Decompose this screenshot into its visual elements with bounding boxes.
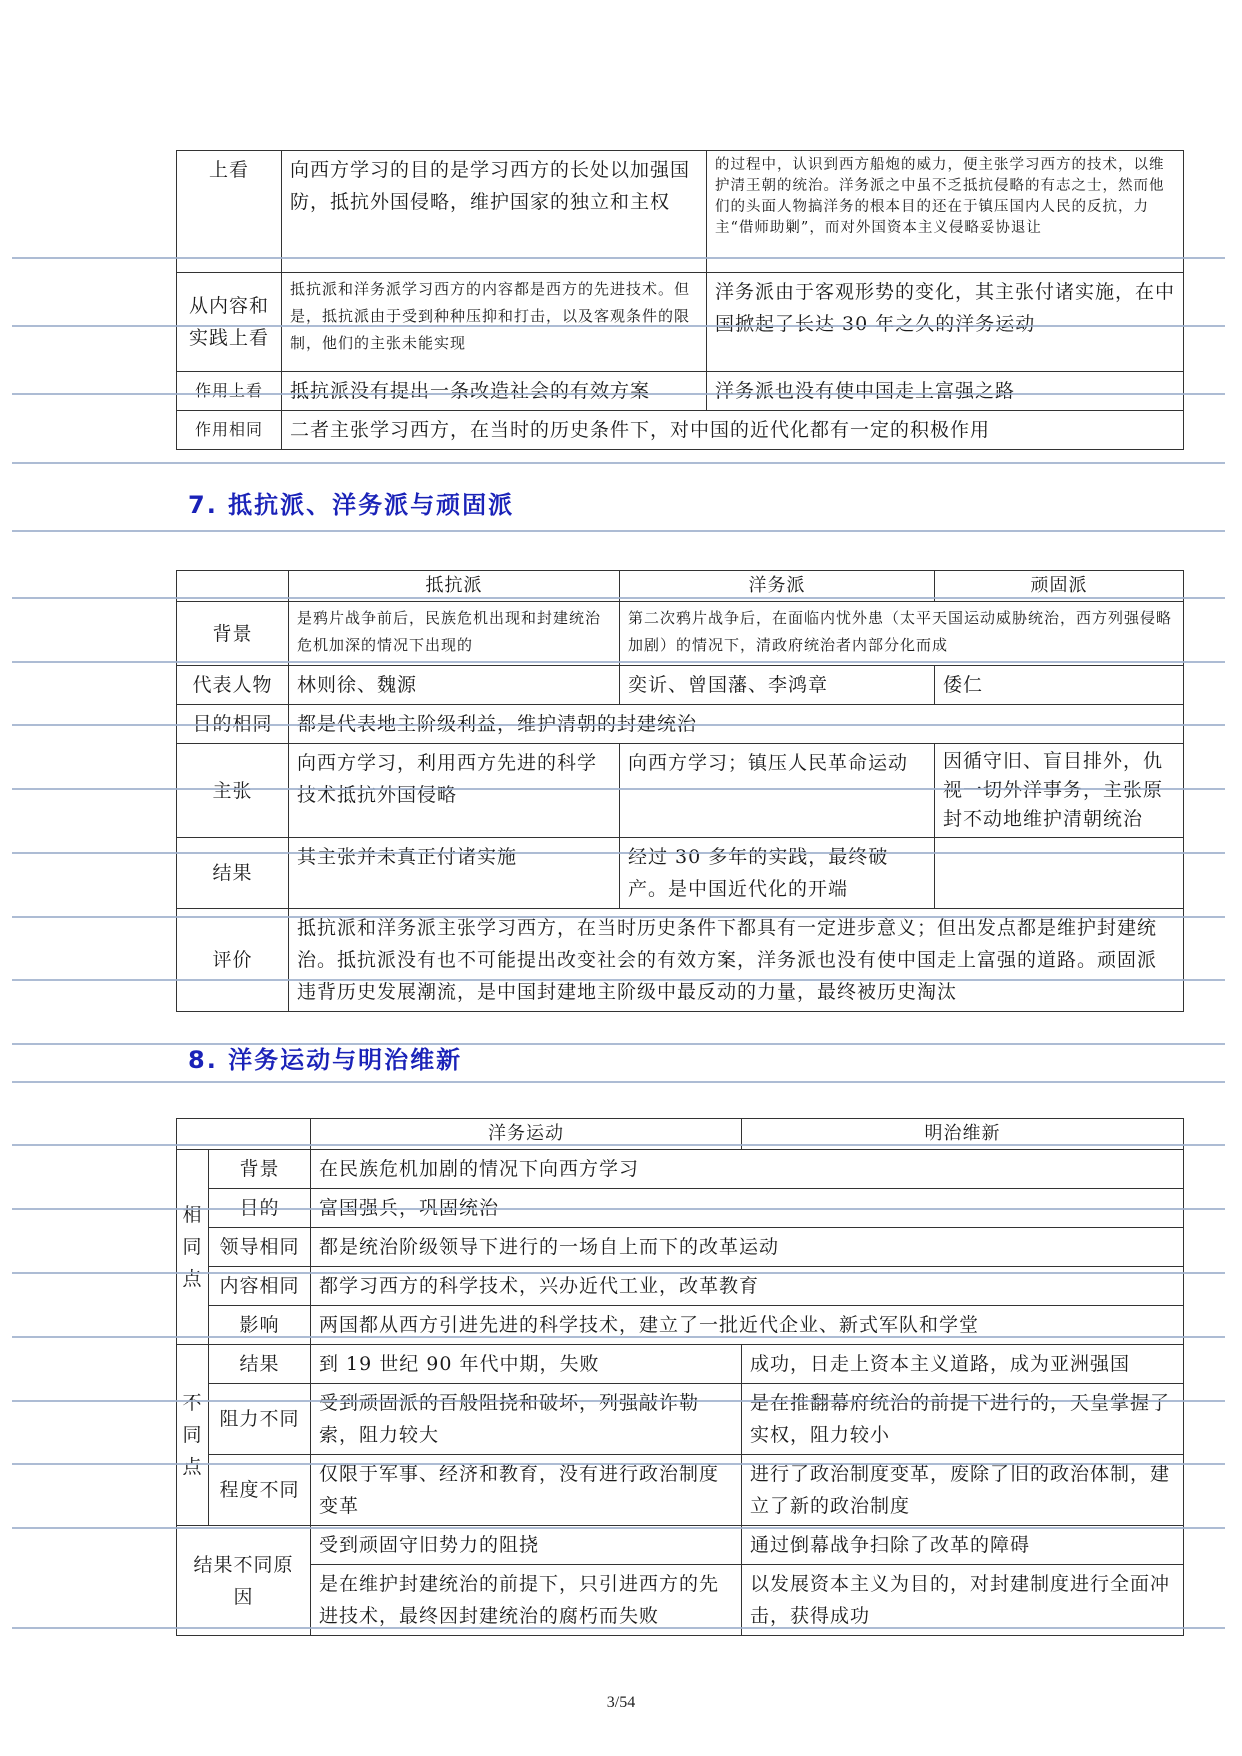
row-label: 结果 xyxy=(177,838,289,909)
table-cell: 向西方学习；镇压人民革命运动 xyxy=(620,744,935,838)
header-cell: 洋务运动 xyxy=(311,1119,742,1150)
row-label: 目的相同 xyxy=(177,705,289,744)
row-label: 结果 xyxy=(209,1345,311,1384)
table-row: 结果 其主张并未真正付诸实施 经过 30 多年的实践，最终破产。是中国近代化的开… xyxy=(177,838,1184,909)
table-row: 结果不同原因 受到顽固守旧势力的阻挠 通过倒幕战争扫除了改革的障碍 xyxy=(177,1526,1184,1565)
table-cell: 洋务派也没有使中国走上富强之路 xyxy=(707,372,1184,411)
section-heading-8: 8. 洋务运动与明治维新 xyxy=(188,1040,462,1075)
table-cell: 抵抗派和洋务派主张学习西方，在当时历史条件下都具有一定进步意义；但出发点都是维护… xyxy=(289,909,1184,1012)
header-cell: 洋务派 xyxy=(620,571,935,602)
table-cell: 的过程中，认识到西方船炮的威力，便主张学习西方的技术，以维护清王朝的统治。洋务派… xyxy=(707,151,1184,273)
table-cell: 奕䜣、曾国藩、李鸿章 xyxy=(620,666,935,705)
table-cell: 经过 30 多年的实践，最终破产。是中国近代化的开端 xyxy=(620,838,935,909)
section-heading-7: 7. 抵抗派、洋务派与顽固派 xyxy=(188,485,514,520)
table-row: 影响 两国都从西方引进先进的科学技术，建立了一批近代企业、新式军队和学堂 xyxy=(177,1306,1184,1345)
table-row: 是在维护封建统治的前提下，只引进西方的先进技术，最终因封建统治的腐朽而失败 以发… xyxy=(177,1565,1184,1636)
table-row: 主张 向西方学习，利用西方先进的科学技术抵抗外国侵略 向西方学习；镇压人民革命运… xyxy=(177,744,1184,838)
table-cell: 抵抗派和洋务派学习西方的内容都是西方的先进技术。但是，抵抗派由于受到种种压抑和打… xyxy=(282,273,707,372)
header-cell: 顽固派 xyxy=(935,571,1184,602)
section7-table: 抵抗派 洋务派 顽固派 背景 是鸦片战争前后，民族危机出现和封建统治危机加深的情… xyxy=(176,570,1184,1012)
table-cell: 抵抗派没有提出一条改造社会的有效方案 xyxy=(282,372,707,411)
header-cell xyxy=(177,571,289,602)
table-cell: 林则徐、魏源 xyxy=(289,666,620,705)
table-cell: 洋务派由于客观形势的变化，其主张付诸实施，在中国掀起了长达 30 年之久的洋务运… xyxy=(707,273,1184,372)
table-row: 上看 向西方学习的目的是学习西方的长处以加强国防，抵抗外国侵略，维护国家的独立和… xyxy=(177,151,1184,273)
row-label: 主张 xyxy=(177,744,289,838)
table-row: 不 同 点 结果 到 19 世纪 90 年代中期，失败 成功，日走上资本主义道路… xyxy=(177,1345,1184,1384)
table-row: 作用上看 抵抗派没有提出一条改造社会的有效方案 洋务派也没有使中国走上富强之路 xyxy=(177,372,1184,411)
table-cell: 是鸦片战争前后，民族危机出现和封建统治危机加深的情况下出现的 xyxy=(289,602,620,666)
table-cell: 第二次鸦片战争后，在面临内忧外患（太平天国运动威胁统治，西方列强侵略加剧）的情况… xyxy=(620,602,1184,666)
row-label: 目的 xyxy=(209,1189,311,1228)
ruled-line xyxy=(12,1081,1225,1083)
row-label: 上看 xyxy=(177,151,282,273)
table-cell: 在民族危机加剧的情况下向西方学习 xyxy=(311,1150,1184,1189)
row-label: 阻力不同 xyxy=(209,1384,311,1455)
header-cell: 抵抗派 xyxy=(289,571,620,602)
table-row: 程度不同 仅限于军事、经济和教育，没有进行政治制度变革 进行了政治制度变革，废除… xyxy=(177,1455,1184,1526)
page-number: 3/54 xyxy=(0,1694,1242,1712)
table-cell: 二者主张学习西方，在当时的历史条件下，对中国的近代化都有一定的积极作用 xyxy=(282,411,1184,450)
table-cell: 成功，日走上资本主义道路，成为亚洲强国 xyxy=(742,1345,1184,1384)
table-cell: 到 19 世纪 90 年代中期，失败 xyxy=(311,1345,742,1384)
row-label: 评价 xyxy=(177,909,289,1012)
row-label: 内容相同 xyxy=(209,1267,311,1306)
table-cell: 受到顽固守旧势力的阻挠 xyxy=(311,1526,742,1565)
table-header-row: 抵抗派 洋务派 顽固派 xyxy=(177,571,1184,602)
row-label: 程度不同 xyxy=(209,1455,311,1526)
table-cell: 向西方学习，利用西方先进的科学技术抵抗外国侵略 xyxy=(289,744,620,838)
table-cell: 富国强兵，巩固统治 xyxy=(311,1189,1184,1228)
group-label-diff: 不 同 点 xyxy=(177,1345,209,1526)
ruled-line xyxy=(12,462,1225,464)
row-label: 作用上看 xyxy=(177,372,282,411)
table-row: 内容相同 都学习西方的科学技术，兴办近代工业，改革教育 xyxy=(177,1267,1184,1306)
comparison-table-continued: 上看 向西方学习的目的是学习西方的长处以加强国防，抵抗外国侵略，维护国家的独立和… xyxy=(176,150,1184,450)
table-row: 作用相同 二者主张学习西方，在当时的历史条件下，对中国的近代化都有一定的积极作用 xyxy=(177,411,1184,450)
section8-table: 洋务运动 明治维新 相 同 点 背景 在民族危机加剧的情况下向西方学习 目的 富… xyxy=(176,1118,1184,1636)
group-label-same: 相 同 点 xyxy=(177,1150,209,1345)
row-label: 领导相同 xyxy=(209,1228,311,1267)
table-cell: 因循守旧、盲目排外，仇视一切外洋事务，主张原封不动地维护清朝统治 xyxy=(935,744,1184,838)
table-row: 相 同 点 背景 在民族危机加剧的情况下向西方学习 xyxy=(177,1150,1184,1189)
row-label: 代表人物 xyxy=(177,666,289,705)
table-row: 评价 抵抗派和洋务派主张学习西方，在当时历史条件下都具有一定进步意义；但出发点都… xyxy=(177,909,1184,1012)
table-cell: 是在推翻幕府统治的前提下进行的，天皇掌握了实权，阻力较小 xyxy=(742,1384,1184,1455)
table-cell: 向西方学习的目的是学习西方的长处以加强国防，抵抗外国侵略，维护国家的独立和主权 xyxy=(282,151,707,273)
table-cell: 都学习西方的科学技术，兴办近代工业，改革教育 xyxy=(311,1267,1184,1306)
table-cell: 进行了政治制度变革，废除了旧的政治体制，建立了新的政治制度 xyxy=(742,1455,1184,1526)
table-row: 背景 是鸦片战争前后，民族危机出现和封建统治危机加深的情况下出现的 第二次鸦片战… xyxy=(177,602,1184,666)
row-label: 背景 xyxy=(209,1150,311,1189)
table-cell: 都是统治阶级领导下进行的一场自上而下的改革运动 xyxy=(311,1228,1184,1267)
row-label: 作用相同 xyxy=(177,411,282,450)
table-cell: 仅限于军事、经济和教育，没有进行政治制度变革 xyxy=(311,1455,742,1526)
row-label: 影响 xyxy=(209,1306,311,1345)
row-label: 背景 xyxy=(177,602,289,666)
table-cell: 以发展资本主义为目的，对封建制度进行全面冲击，获得成功 xyxy=(742,1565,1184,1636)
table-cell: 都是代表地主阶级利益，维护清朝的封建统治 xyxy=(289,705,1184,744)
ruled-line xyxy=(12,530,1225,532)
table-cell: 通过倒幕战争扫除了改革的障碍 xyxy=(742,1526,1184,1565)
table-cell: 受到顽固派的百般阻挠和破坏，列强敲诈勒索，阻力较大 xyxy=(311,1384,742,1455)
table-header-row: 洋务运动 明治维新 xyxy=(177,1119,1184,1150)
header-cell xyxy=(177,1119,311,1150)
table-row: 领导相同 都是统治阶级领导下进行的一场自上而下的改革运动 xyxy=(177,1228,1184,1267)
row-label: 从内容和实践上看 xyxy=(177,273,282,372)
table-row: 从内容和实践上看 抵抗派和洋务派学习西方的内容都是西方的先进技术。但是，抵抗派由… xyxy=(177,273,1184,372)
row-label: 结果不同原因 xyxy=(177,1526,311,1636)
table-cell: 两国都从西方引进先进的科学技术，建立了一批近代企业、新式军队和学堂 xyxy=(311,1306,1184,1345)
table-row: 阻力不同 受到顽固派的百般阻挠和破坏，列强敲诈勒索，阻力较大 是在推翻幕府统治的… xyxy=(177,1384,1184,1455)
header-cell: 明治维新 xyxy=(742,1119,1184,1150)
table-row: 目的相同 都是代表地主阶级利益，维护清朝的封建统治 xyxy=(177,705,1184,744)
table-row: 目的 富国强兵，巩固统治 xyxy=(177,1189,1184,1228)
table-cell: 其主张并未真正付诸实施 xyxy=(289,838,620,909)
table-cell xyxy=(935,838,1184,909)
table-row: 代表人物 林则徐、魏源 奕䜣、曾国藩、李鸿章 倭仁 xyxy=(177,666,1184,705)
table-cell: 是在维护封建统治的前提下，只引进西方的先进技术，最终因封建统治的腐朽而失败 xyxy=(311,1565,742,1636)
table-cell: 倭仁 xyxy=(935,666,1184,705)
